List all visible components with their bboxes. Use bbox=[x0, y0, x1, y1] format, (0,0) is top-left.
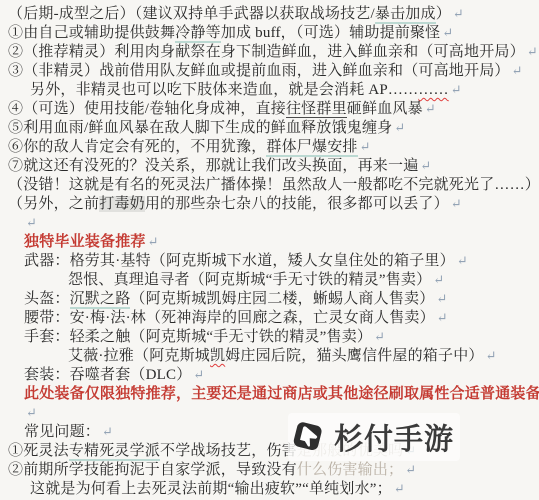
text-segment: 不学战场技艺，伤害 bbox=[160, 443, 297, 459]
text-line: ③（非精灵）战前借用队友鲜血或提前血雨，进入鲜血亲和（可高地开局）↵ bbox=[0, 61, 539, 80]
text-line: 独特毕业装备推荐↵ bbox=[0, 232, 539, 251]
text-line: 套装：吞噬者套（DLC）↵ bbox=[0, 365, 539, 384]
paragraph-mark: ↵ bbox=[100, 424, 113, 439]
text-segment: 加成 buff，（可选）辅助提前聚怪 bbox=[221, 25, 441, 41]
text-segment: （阿克斯城凯姆庄园二楼，蜥蜴人商人售卖） bbox=[130, 291, 434, 307]
paragraph-mark: ↵ bbox=[449, 196, 462, 211]
paragraph-mark: ↵ bbox=[24, 405, 37, 420]
text-line: 手套：轻柔之触（阿克斯城“手无寸铁的精灵”售卖）↵ bbox=[0, 327, 539, 346]
text-line: 腰带：安·梅·法·林（死神海岸的回廊之森，亡灵女商人售卖）↵ bbox=[0, 308, 539, 327]
paragraph-mark: ↵ bbox=[484, 348, 497, 363]
text-segment: 砸鲜血风暴 bbox=[347, 101, 423, 117]
paragraph-mark: ↵ bbox=[449, 82, 462, 97]
paragraph-mark: ↵ bbox=[146, 234, 159, 249]
paragraph-mark: ↵ bbox=[435, 310, 448, 325]
text-segment: ④（可选）使用技能/卷轴化身成神，直接 bbox=[8, 101, 286, 117]
text-line: ⑥你的敌人肯定会有死的，不用犹豫，群体尸爆安排↵ bbox=[0, 137, 539, 156]
paragraph-mark: ↵ bbox=[191, 367, 204, 382]
text-line: 艾薇·拉雅（阿克斯城凯姆庄园后院，猫头鹰信件屋的箱子中）↵ bbox=[0, 346, 539, 365]
text-segment: 往怪群里 bbox=[286, 101, 347, 118]
paragraph-mark: ↵ bbox=[423, 101, 436, 116]
text-line: ②（推荐精灵）利用肉身献祭在身下制造鲜血，进入鲜血亲和（可高地开局）↵ bbox=[0, 42, 539, 61]
hand-cursor-logo-icon bbox=[288, 415, 330, 459]
text-segment: 凯 bbox=[210, 348, 225, 364]
text-line: 此处装备仅限独特推荐，主要还是通过商店或其他途径刷取属性合适普通装备↵ bbox=[0, 384, 539, 403]
text-line: （没错！这就是有名的死灵法广播体操！虽然敌人一般都吃不完就死光了……）↵ bbox=[0, 175, 539, 194]
text-segment: 姆庄园后院，猫头鹰信件屋的箱子中） bbox=[225, 348, 483, 364]
text-segment: …… bbox=[418, 82, 448, 98]
text-segment: ⑥你的敌人肯定会有死的，不用犹豫， bbox=[8, 139, 266, 155]
text-segment: （后期-成型之后）（建议双持单手武器以获取战场技艺/ bbox=[8, 6, 375, 22]
paragraph-mark: ↵ bbox=[440, 25, 453, 40]
text-segment: 沉默之路 bbox=[70, 291, 131, 309]
text-segment: 套装：吞噬者套（DLC） bbox=[24, 367, 191, 383]
text-segment: ①死灵法 bbox=[8, 443, 69, 459]
paragraph-mark: ↵ bbox=[510, 63, 523, 78]
text-segment: 群体尸爆安排 bbox=[266, 139, 357, 157]
text-line: ⑦就这还有没死的？没关系，那就让我们改头换面，再来一遍↵ bbox=[0, 156, 539, 175]
text-segment: 腰带：安·梅·法·林（死神海岸的回廊之森，亡灵女商人售卖） bbox=[24, 310, 435, 326]
paragraph-mark: ↵ bbox=[403, 462, 416, 477]
text-segment: 用的那些杂七杂八的技能，很多都可以丢了） bbox=[145, 196, 449, 212]
text-segment: （没错！这就是有名的死灵法广播体操！虽然敌人一般都吃不完就死光了……） bbox=[8, 177, 539, 193]
text-segment: 打毒奶 bbox=[99, 196, 145, 212]
text-segment: 独特毕业装备推荐 bbox=[24, 234, 146, 250]
text-segment: （另外，之前 bbox=[8, 196, 99, 212]
text-line: ④（可选）使用技能/卷轴化身成神，直接往怪群里砸鲜血风暴↵ bbox=[0, 99, 539, 118]
text-segment: 这就是为何看上去死灵法前期“输出疲软”“单纯划水”； bbox=[30, 481, 392, 497]
watermark-label: 杉付手游 bbox=[334, 416, 454, 458]
text-segment: ①由自己或辅助提供鼓舞 bbox=[8, 25, 175, 41]
text-segment: 专精死灵学派 bbox=[69, 443, 160, 461]
text-segment: ②（推荐精灵）利用肉身献祭在身下制造鲜血，进入鲜血亲和（可高地开局） bbox=[8, 44, 525, 60]
text-segment: ③（非精灵）战前借用队友鲜血或提前血雨，进入鲜血亲和（可高地开局） bbox=[8, 63, 510, 79]
text-segment: ⑦就这还有没死的？没关系，那就让我们改头换面，再来一遍 bbox=[8, 158, 418, 174]
paragraph-mark: ↵ bbox=[372, 329, 385, 344]
paragraph-mark: ↵ bbox=[455, 253, 468, 268]
text-segment: 冷静等 bbox=[175, 25, 221, 43]
text-line: 另外，非精灵也可以吃下肢体来造血，就是会消耗 AP…………↵ bbox=[0, 80, 539, 99]
text-segment: 什么伤害输出； bbox=[297, 462, 403, 478]
text-segment: 怨恨、真理追寻者（阿克斯城“手无寸铁的精灵”售卖） bbox=[68, 272, 431, 288]
text-line: 头盔：沉默之路（阿克斯城凯姆庄园二楼，蜥蜴人商人售卖）↵ bbox=[0, 289, 539, 308]
text-segment: 手套：轻柔之触（阿克斯城“手无寸铁的精灵”售卖） bbox=[24, 329, 372, 345]
paragraph-mark: ↵ bbox=[24, 215, 37, 230]
text-line: ①由自己或辅助提供鼓舞冷静等加成 buff，（可选）辅助提前聚怪↵ bbox=[0, 23, 539, 42]
text-line: ↵ bbox=[0, 213, 539, 232]
paragraph-mark: ↵ bbox=[431, 272, 444, 287]
text-segment: 另外，非精灵也可以吃下肢体来造血，就是会消耗 AP…… bbox=[30, 82, 418, 98]
text-line: （后期-成型之后）（建议双持单手武器以获取战场技艺/暴击加成）↵ bbox=[0, 4, 539, 23]
text-segment: 艾薇·拉雅（阿克斯城 bbox=[68, 348, 210, 364]
text-line: （另外，之前打毒奶用的那些杂七杂八的技能，很多都可以丢了）↵ bbox=[0, 194, 539, 213]
text-segment: ⑤利用血雨/鲜血风暴在敌人脚下生成的鲜血释放饿鬼缠身 bbox=[8, 120, 392, 136]
text-line: 怨恨、真理追寻者（阿克斯城“手无寸铁的精灵”售卖）↵ bbox=[0, 270, 539, 289]
paragraph-mark: ↵ bbox=[451, 6, 464, 21]
text-line: ⑤利用血雨/鲜血风暴在敌人脚下生成的鲜血释放饿鬼缠身↵ bbox=[0, 118, 539, 137]
text-segment: 头盔： bbox=[24, 291, 70, 307]
text-line: 这就是为何看上去死灵法前期“输出疲软”“单纯划水”；↵ bbox=[0, 479, 539, 498]
text-segment: ） bbox=[436, 6, 451, 22]
paragraph-mark: ↵ bbox=[434, 291, 447, 306]
paragraph-mark: ↵ bbox=[392, 120, 405, 135]
watermark: 杉付手游 bbox=[288, 413, 460, 461]
paragraph-mark: ↵ bbox=[392, 481, 405, 496]
text-segment: 暴击加成 bbox=[375, 6, 436, 24]
paragraph-mark: ↵ bbox=[418, 158, 431, 173]
paragraph-mark: ↵ bbox=[358, 139, 371, 154]
text-segment: 武器：格劳其·基特（阿克斯城下水道，矮人女皇住处的箱子里） bbox=[24, 253, 455, 269]
paragraph-mark: ↵ bbox=[525, 44, 538, 59]
text-line: 武器：格劳其·基特（阿克斯城下水道，矮人女皇住处的箱子里）↵ bbox=[0, 251, 539, 270]
text-segment: ②前期所学技能拘泥于自家学派，导致没有 bbox=[8, 462, 297, 478]
text-segment: 常见问题： bbox=[24, 424, 100, 440]
text-line: ②前期所学技能拘泥于自家学派，导致没有什么伤害输出；↵ bbox=[0, 460, 539, 479]
text-segment: 此处装备仅限独特推荐，主要还是通过商店或其他途径刷取属性合适普通装备 bbox=[24, 386, 539, 402]
